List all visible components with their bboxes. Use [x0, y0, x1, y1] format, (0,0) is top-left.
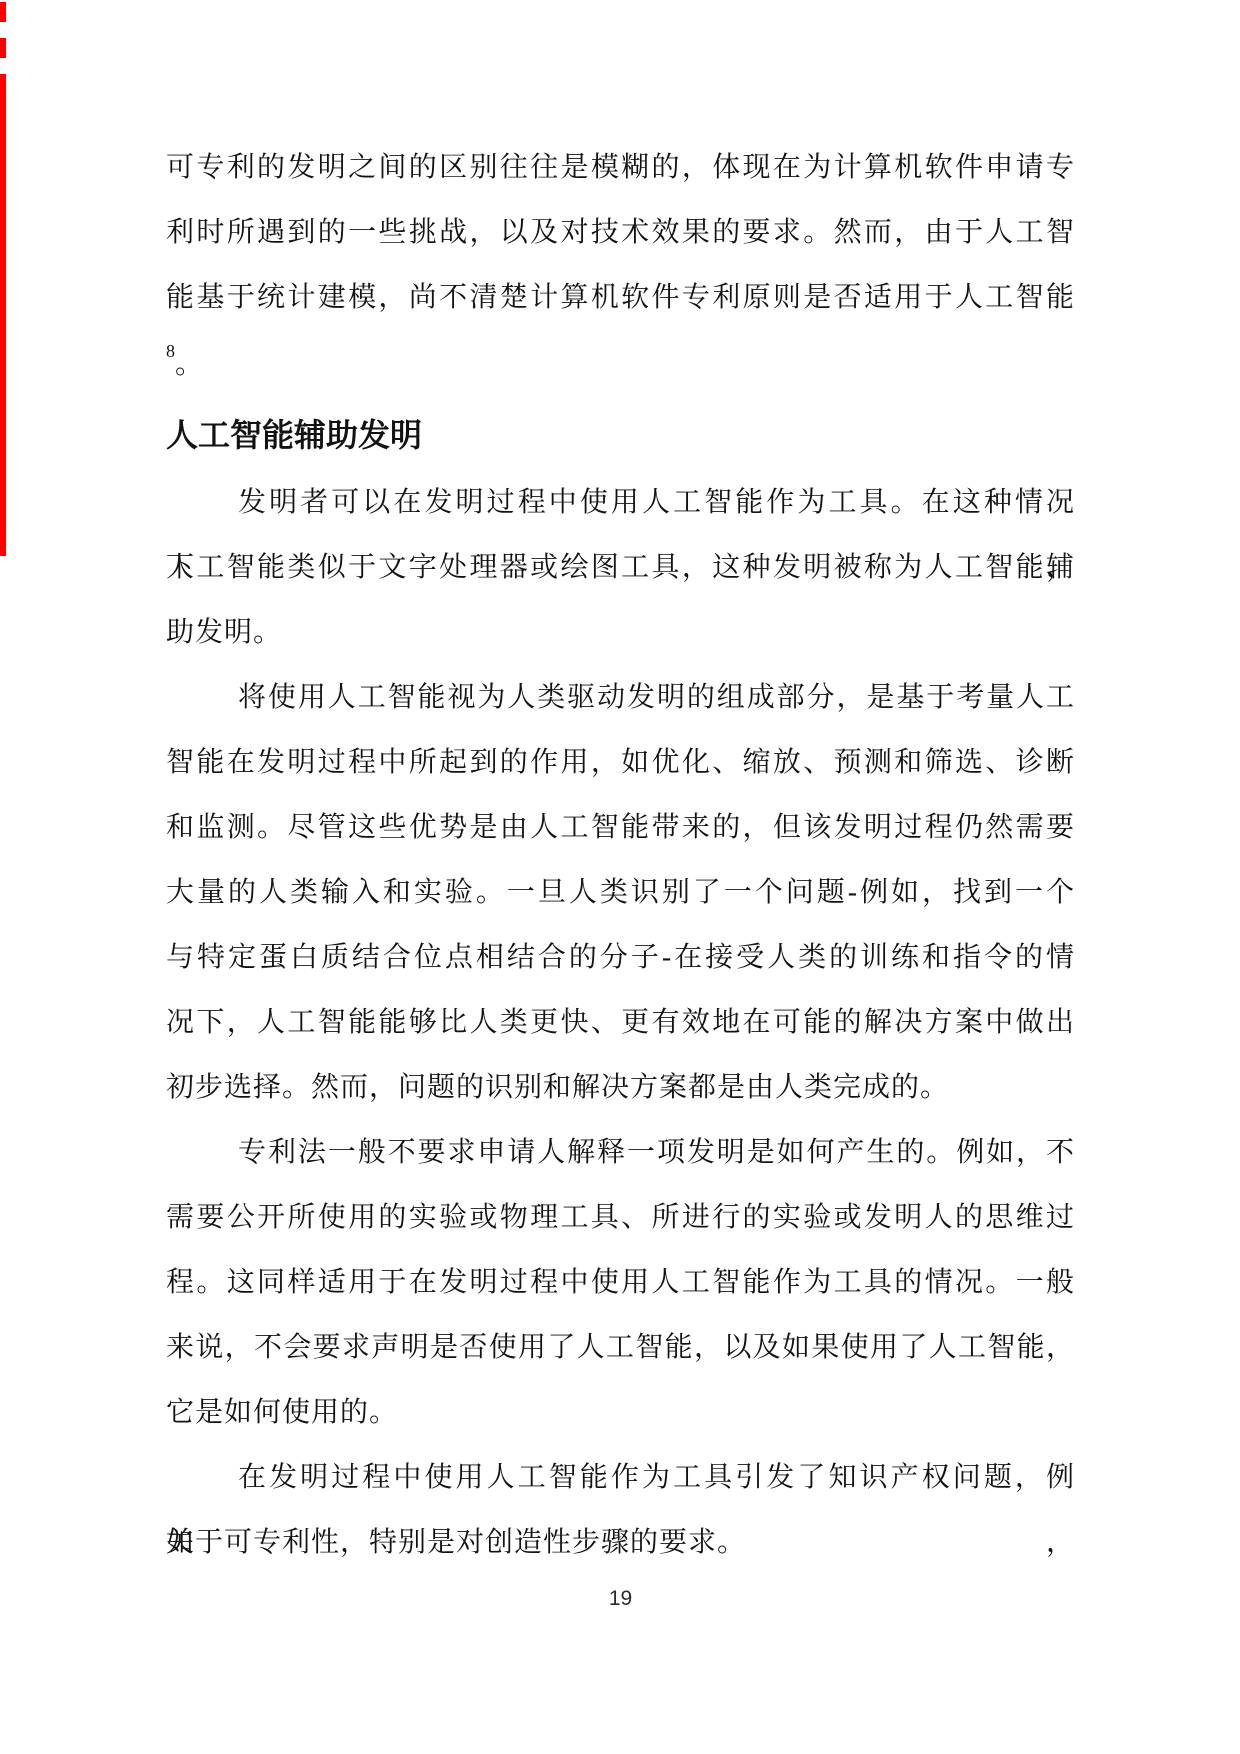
revision-change-bar — [0, 0, 6, 600]
paragraph-line: 利时所遇到的一些挑战，以及对技术效果的要求。然而，由于人工智 — [166, 200, 1075, 265]
section-heading: 人工智能辅助发明 — [166, 400, 1075, 470]
revision-bar-segment — [0, 38, 6, 58]
paragraph-ai-component: 将使用人工智能视为人类驱动发明的组成部分，是基于考量人工 智能在发明过程中所起到… — [166, 665, 1075, 1120]
paragraph-line: 智能在发明过程中所起到的作用，如优化、缩放、预测和筛选、诊断 — [166, 730, 1075, 795]
document-page: 可专利的发明之间的区别往往是模糊的，体现在为计算机软件申请专 利时所遇到的一些挑… — [0, 0, 1240, 1754]
paragraph-line: 它是如何使用的。 — [166, 1380, 1075, 1445]
paragraph-line: 需要公开所使用的实验或物理工具、所进行的实验或发明人的思维过 — [166, 1185, 1075, 1250]
text-block: 可专利的发明之间的区别往往是模糊的，体现在为计算机软件申请专 利时所遇到的一些挑… — [166, 135, 1075, 1615]
page-number: 19 — [166, 1583, 1075, 1615]
paragraph-line: 在发明过程中使用人工智能作为工具引发了知识产权问题，例如， — [166, 1445, 1075, 1510]
paragraph-intro: 可专利的发明之间的区别往往是模糊的，体现在为计算机软件申请专 利时所遇到的一些挑… — [166, 135, 1075, 400]
paragraph-line: 初步选择。然而，问题的识别和解决方案都是由人类完成的。 — [166, 1055, 1075, 1120]
paragraph-line: 和监测。尽管这些优势是由人工智能带来的，但该发明过程仍然需要 — [166, 795, 1075, 860]
paragraph-line: 助发明。 — [166, 600, 1075, 665]
paragraph-line: 发明者可以在发明过程中使用人工智能作为工具。在这种情况下， — [166, 470, 1075, 535]
paragraph-line: 与特定蛋白质结合位点相结合的分子-在接受人类的训练和指令的情 — [166, 925, 1075, 990]
paragraph-line: 专利法一般不要求申请人解释一项发明是如何产生的。例如，不 — [166, 1120, 1075, 1185]
paragraph-line: 大量的人类输入和实验。一旦人类识别了一个问题-例如，找到一个 — [166, 860, 1075, 925]
paragraph-line: 可专利的发明之间的区别往往是模糊的，体现在为计算机软件申请专 — [166, 135, 1075, 200]
paragraph-line: 来说，不会要求声明是否使用了人工智能，以及如果使用了人工智能， — [166, 1315, 1075, 1380]
paragraph-ip-issues: 在发明过程中使用人工智能作为工具引发了知识产权问题，例如， 关于可专利性，特别是… — [166, 1445, 1075, 1575]
paragraph-line: 将使用人工智能视为人类驱动发明的组成部分，是基于考量人工 — [166, 665, 1075, 730]
footnote-marker: 8 — [166, 341, 175, 361]
paragraph-ai-assisted: 发明者可以在发明过程中使用人工智能作为工具。在这种情况下， 人工智能类似于文字处… — [166, 470, 1075, 665]
revision-bar-segment — [0, 74, 6, 556]
footnote-punctuation: 。 — [175, 349, 203, 380]
footnote-reference-line: 8。 — [166, 330, 1075, 400]
paragraph-patent-law: 专利法一般不要求申请人解释一项发明是如何产生的。例如，不 需要公开所使用的实验或… — [166, 1120, 1075, 1445]
paragraph-line: 程。这同样适用于在发明过程中使用人工智能作为工具的情况。一般 — [166, 1250, 1075, 1315]
revision-bar-segment — [0, 2, 6, 22]
paragraph-line: 能基于统计建模，尚不清楚计算机软件专利原则是否适用于人工智能 — [166, 265, 1075, 330]
paragraph-line: 况下，人工智能能够比人类更快、更有效地在可能的解决方案中做出 — [166, 990, 1075, 1055]
paragraph-line: 人工智能类似于文字处理器或绘图工具，这种发明被称为人工智能辅 — [166, 535, 1075, 600]
